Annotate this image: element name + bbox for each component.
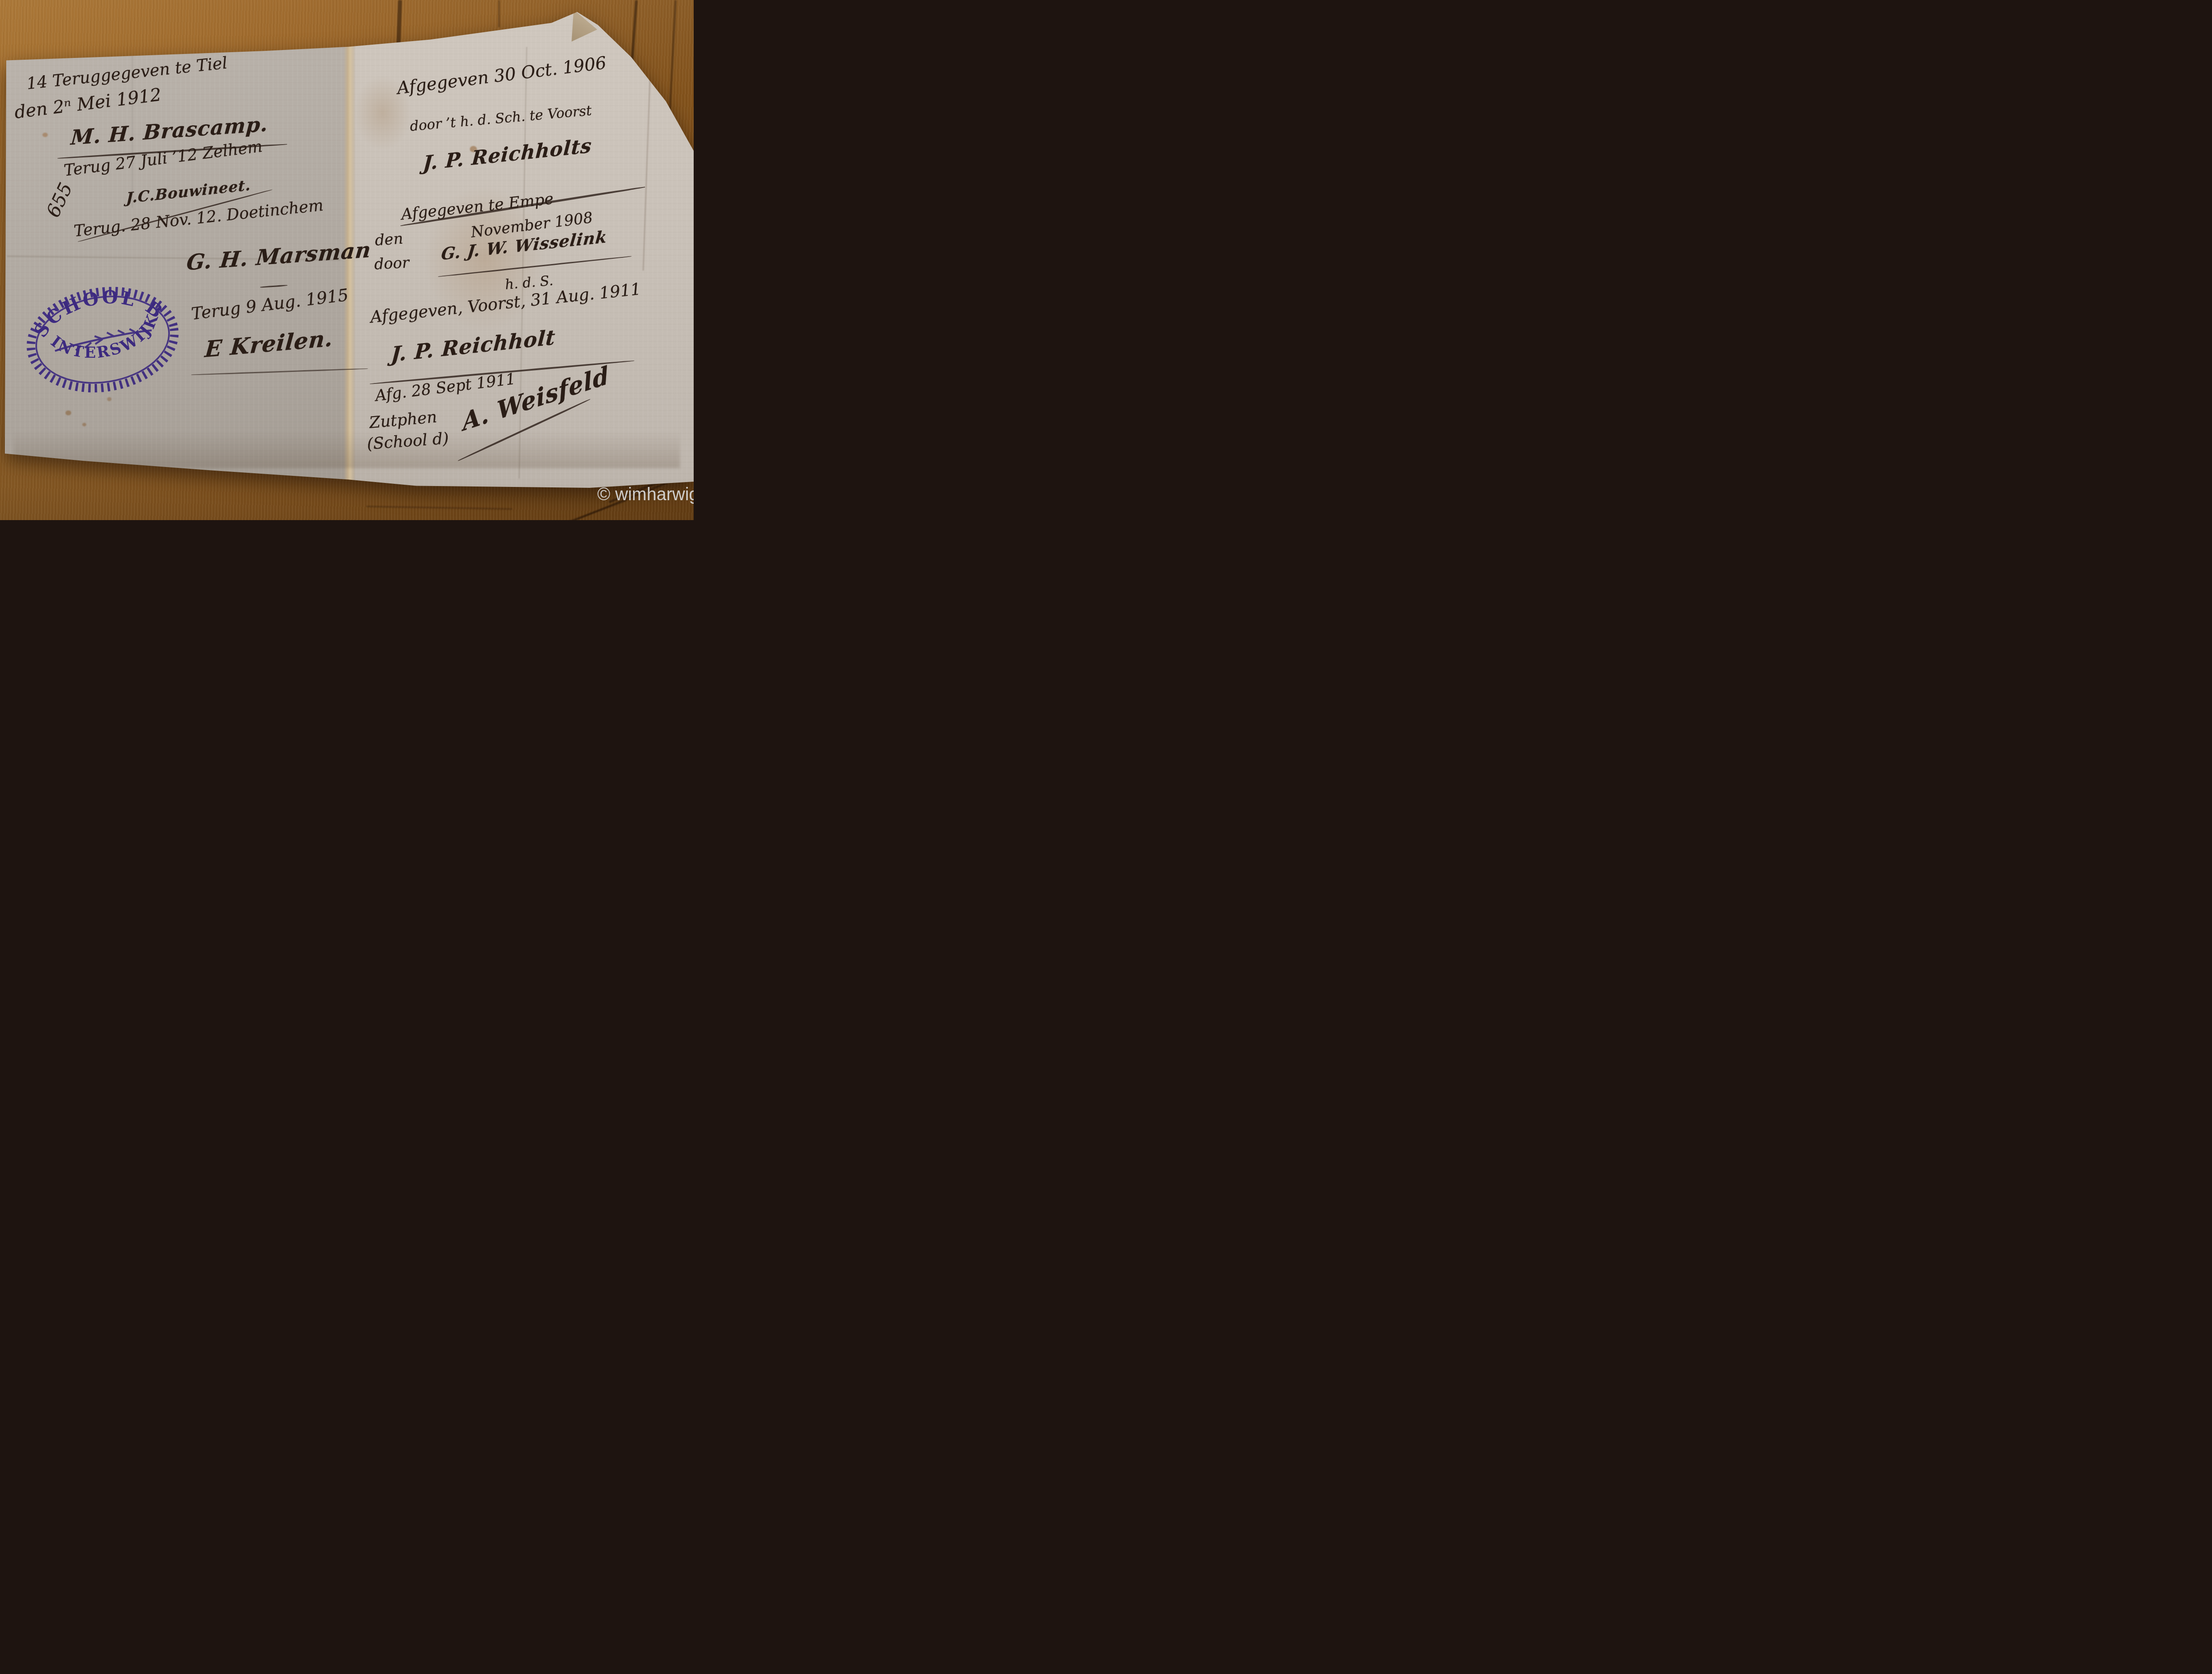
- photo-of-document: 14 Teruggegeven te Tiel den 2ⁿ Mei 1912 …: [0, 0, 694, 520]
- watermark: © wimharwig.com: [597, 485, 694, 505]
- paper-speck: [107, 397, 111, 401]
- paper-speck: [65, 410, 71, 415]
- paper-speck: [42, 133, 48, 137]
- handwritten-line: door: [374, 254, 410, 273]
- paper-speck: [82, 423, 86, 426]
- document-sheet: 14 Teruggegeven te Tiel den 2ⁿ Mei 1912 …: [0, 0, 694, 520]
- document-sheet-wrapper: 14 Teruggegeven te Tiel den 2ⁿ Mei 1912 …: [0, 0, 694, 520]
- handwritten-line: den: [374, 230, 403, 249]
- bottom-edge-shading: [14, 432, 680, 468]
- center-fold: [344, 42, 355, 489]
